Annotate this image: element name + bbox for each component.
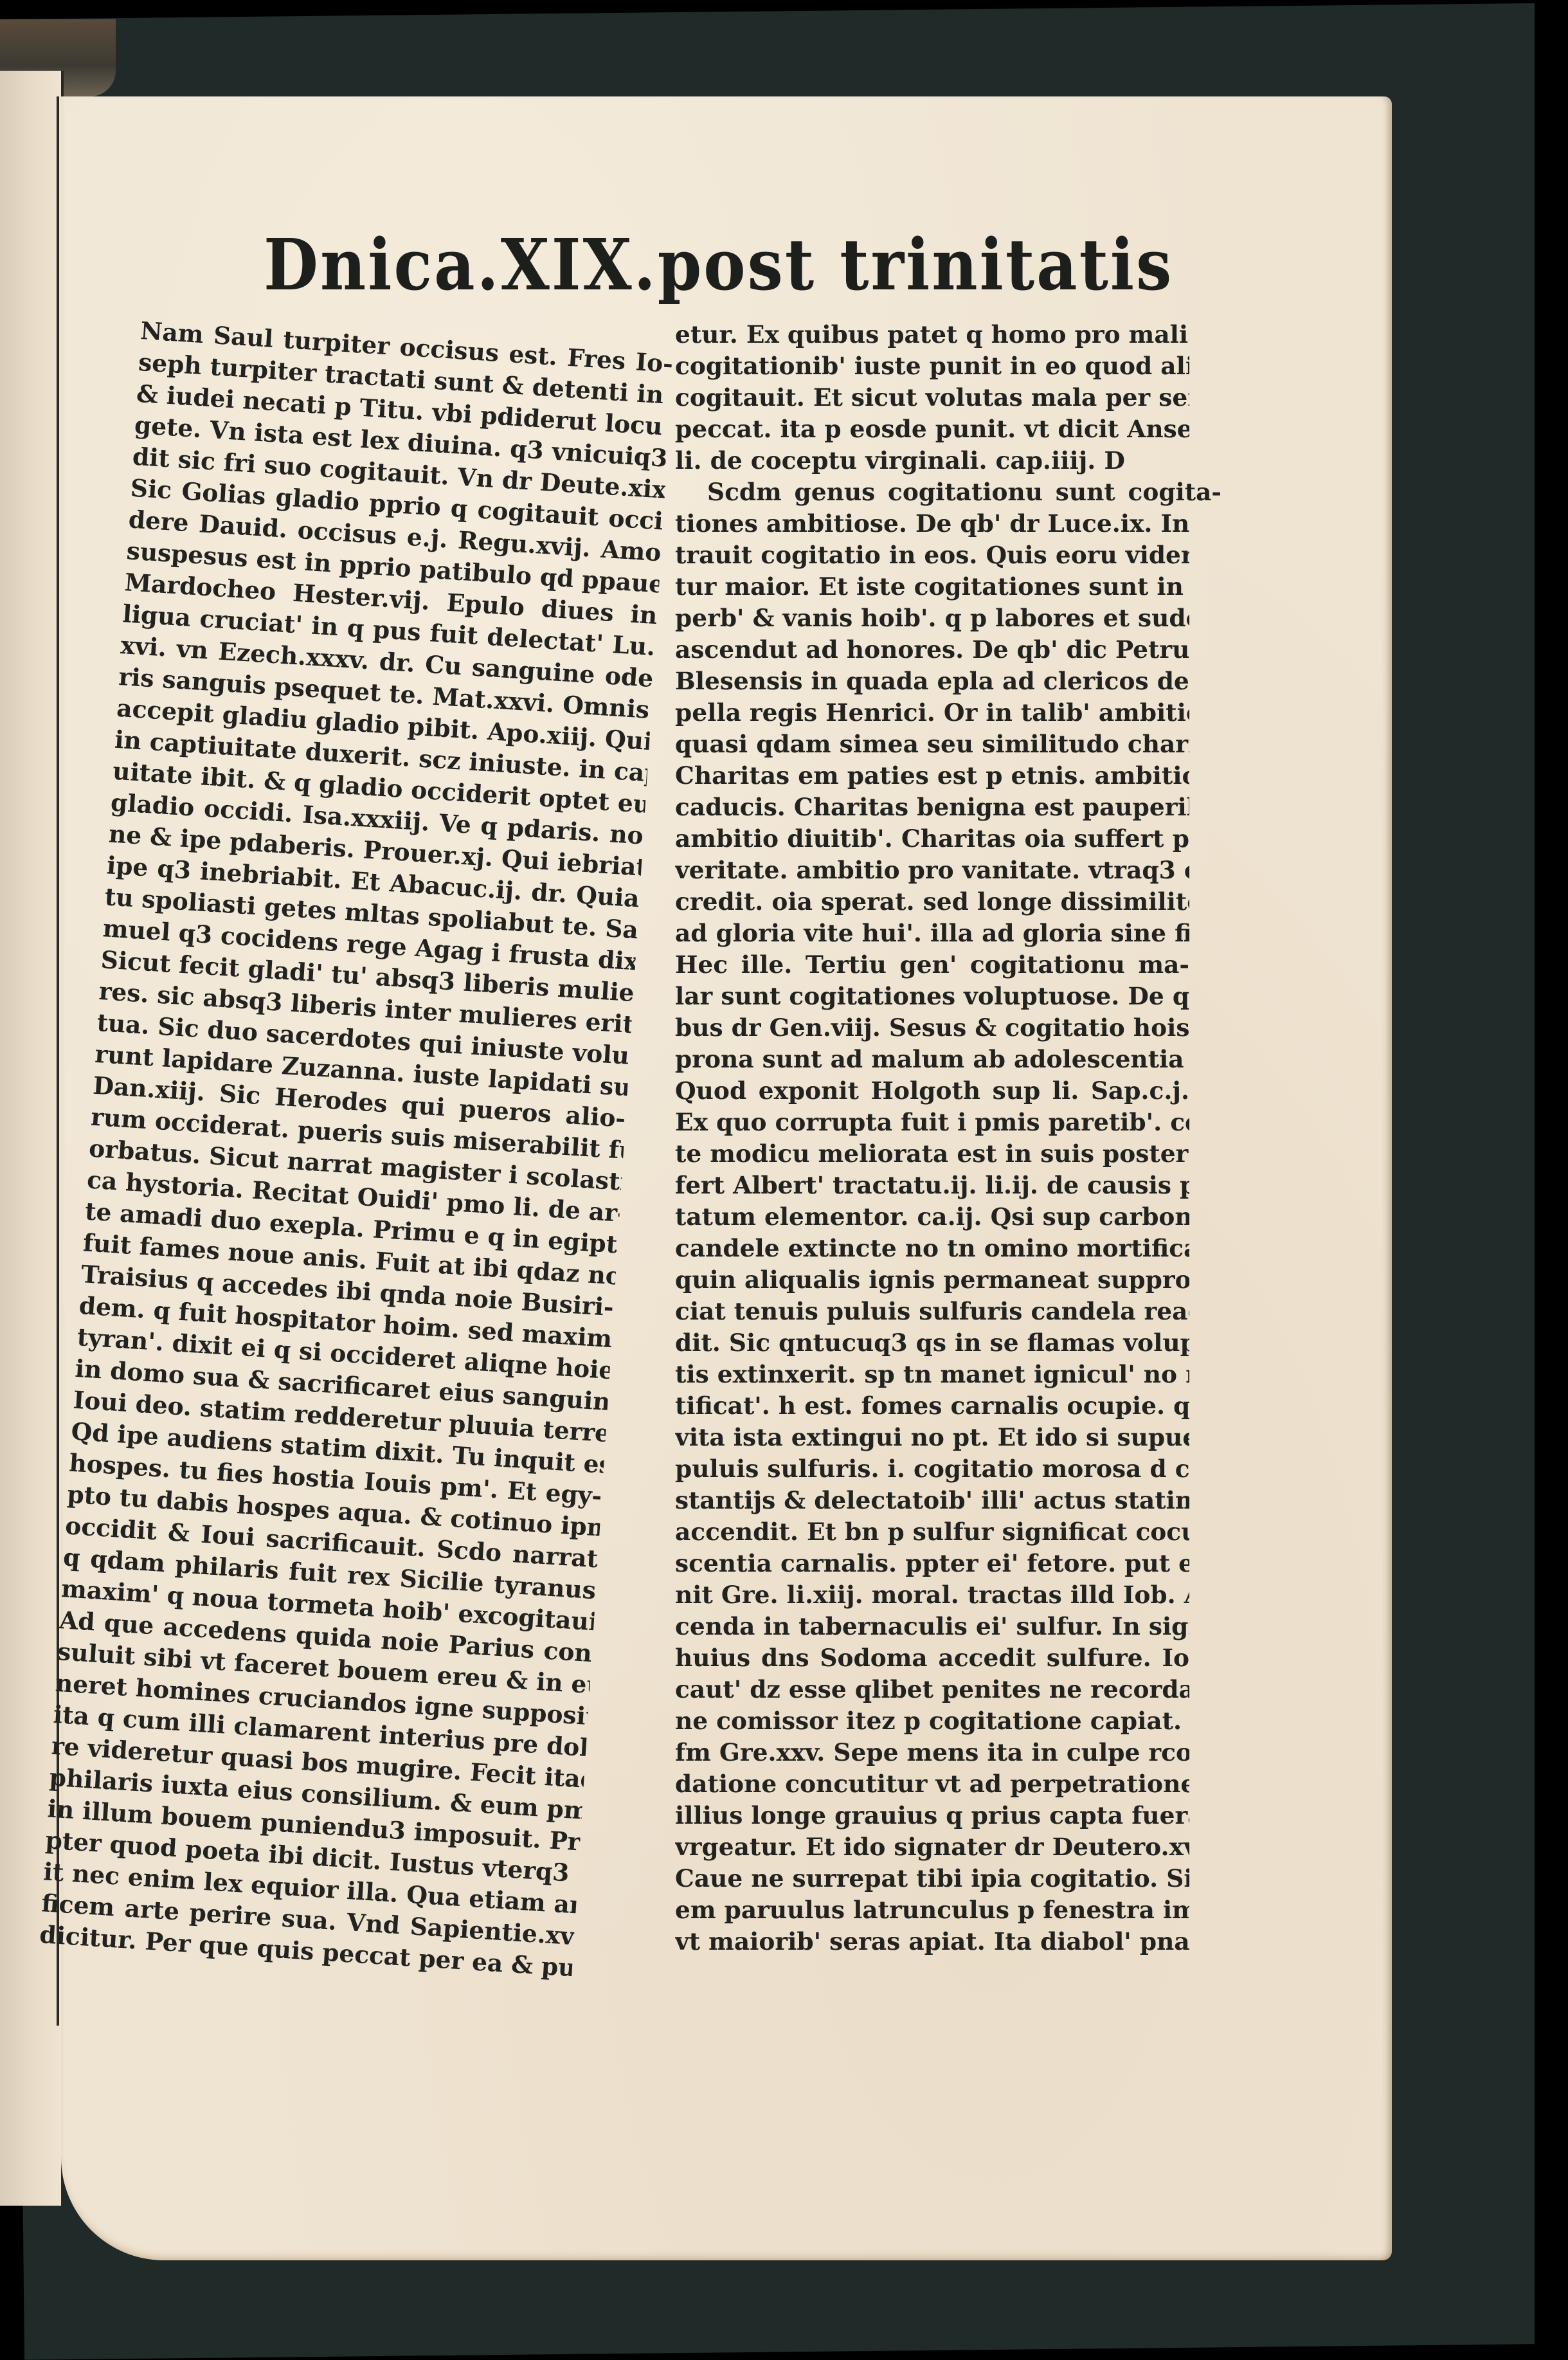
text-line: caducis. Charitas benigna est pauperib'	[675, 792, 1189, 823]
text-line: fert Albert' tractatu.ij. li.ij. de caus…	[675, 1170, 1189, 1201]
text-line: vt maiorib' seras apiat. Ita diabol' pna…	[675, 1926, 1189, 1957]
text-line: cogitationib' iuste punit in eo quod ali…	[675, 350, 1189, 382]
text-line: huius dns Sodoma accedit sulfure. Io	[675, 1642, 1189, 1674]
text-line: Caue ne surrepat tibi ipia cogitatio. Si…	[675, 1863, 1189, 1894]
text-line: accendit. Et bn p sulfur significat cocu…	[675, 1516, 1189, 1548]
text-line: etur. Ex quibus patet q homo pro malis	[675, 319, 1189, 350]
text-line: perb' & vanis hoib'. q p labores et sudo…	[675, 603, 1189, 634]
text-line: tatum elementor. ca.ij. Qsi sup carbone	[675, 1201, 1189, 1233]
text-line: li. de coceptu virginali. cap.iiij. D	[675, 445, 1189, 477]
text-line: tis extinxerit. sp tn manet ignicul' no …	[675, 1359, 1189, 1390]
text-line: Charitas em paties est p etnis. ambitio …	[675, 760, 1189, 792]
text-line: Ex quo corrupta fuit i pmis paretib'. ce…	[675, 1107, 1189, 1138]
text-line: te modicu meliorata est in suis poster3.…	[675, 1138, 1189, 1170]
text-line: ciat tenuis puluis sulfuris candela reac…	[675, 1296, 1189, 1327]
text-line: tiones ambitiose. De qb' dr Luce.ix. In-	[675, 508, 1189, 540]
running-title: Dnica.XIX.post trinitatis	[264, 224, 984, 307]
text-line: puluis sulfuris. i. cogitatio morosa d c…	[675, 1453, 1189, 1485]
text-line: ad gloria vite hui'. illa ad gloria sine…	[675, 918, 1189, 949]
text-line: tificat'. h est. fomes carnalis ocupie. …	[675, 1390, 1189, 1422]
text-line: Quod exponit Holgoth sup li. Sap.c.j.	[675, 1075, 1189, 1107]
text-line: quasi qdam simea seu similitudo charitat…	[675, 729, 1189, 760]
text-line: ne comissor itez p cogitatione capiat. q…	[675, 1705, 1189, 1737]
text-line: Hec ille. Tertiu gen' cogitationu ma-	[675, 949, 1189, 981]
text-line: lar sunt cogitationes voluptuose. De qui	[675, 981, 1189, 1012]
text-line: stantijs & delectatoib' illi' actus stat…	[675, 1485, 1189, 1516]
text-line: quin aliqualis ignis permaneat supproij-	[675, 1264, 1189, 1296]
text-line: Blesensis in quada epla ad clericos de c…	[675, 666, 1189, 697]
text-line: vrgeatur. Et ido signater dr Deutero.xv	[675, 1831, 1189, 1863]
text-line: prona sunt ad malum ab adolescentia sua.	[675, 1044, 1189, 1075]
text-column-right: etur. Ex quibus patet q homo pro malisco…	[675, 319, 1189, 1957]
text-line: peccat. ita p eosde punit. vt dicit Anse…	[675, 413, 1189, 445]
text-line: bus dr Gen.viij. Sesus & cogitatio hois	[675, 1012, 1189, 1044]
text-line: cogitauit. Et sicut volutas mala per sen…	[675, 382, 1189, 413]
text-line: candele extincte no tn omino mortificate	[675, 1233, 1189, 1264]
text-line: fm Gre.xxv. Sepe mens ita in culpe rcor	[675, 1737, 1189, 1768]
text-line: vita ista extingui no pt. Et ido si supu…	[675, 1422, 1189, 1453]
text-line: trauit cogitatio in eos. Quis eoru vider…	[675, 540, 1189, 571]
text-line: tur maior. Et iste cogitationes sunt in …	[675, 571, 1189, 603]
text-line: ambitio diuitib'. Charitas oia suffert p	[675, 823, 1189, 855]
text-line: Scdm genus cogitationu sunt cogita-	[675, 477, 1221, 508]
text-line: nit Gre. li.xiij. moral. tractas illd Io…	[675, 1579, 1189, 1611]
text-line: scentia carnalis. ppter ei' fetore. put …	[675, 1548, 1189, 1579]
text-line: datione concutitur vt ad perpetrationem	[675, 1768, 1189, 1800]
text-line: pella regis Henrici. Or in talib' ambiti…	[675, 697, 1189, 729]
text-line: cenda in tabernaculis ei' sulfur. In sig…	[675, 1611, 1189, 1642]
text-line: caut' dz esse qlibet penites ne recordat…	[675, 1674, 1189, 1705]
text-line: ascendut ad honores. De qb' dic Petrus	[675, 634, 1189, 666]
text-line: em paruulus latrunculus p fenestra imitt…	[675, 1894, 1189, 1926]
text-line: veritate. ambitio pro vanitate. vtraq3 o…	[675, 855, 1189, 886]
text-line: dit. Sic qntucuq3 qs in se flamas volupt…	[675, 1327, 1189, 1359]
text-column-left: Nam Saul turpiter occisus est. Fres Io-s…	[39, 315, 672, 1984]
text-line: illius longe grauius q prius capta fuera…	[675, 1800, 1189, 1831]
scan-border	[1535, 0, 1568, 2360]
text-line: credit. oia sperat. sed longe dissimilit…	[675, 886, 1189, 918]
